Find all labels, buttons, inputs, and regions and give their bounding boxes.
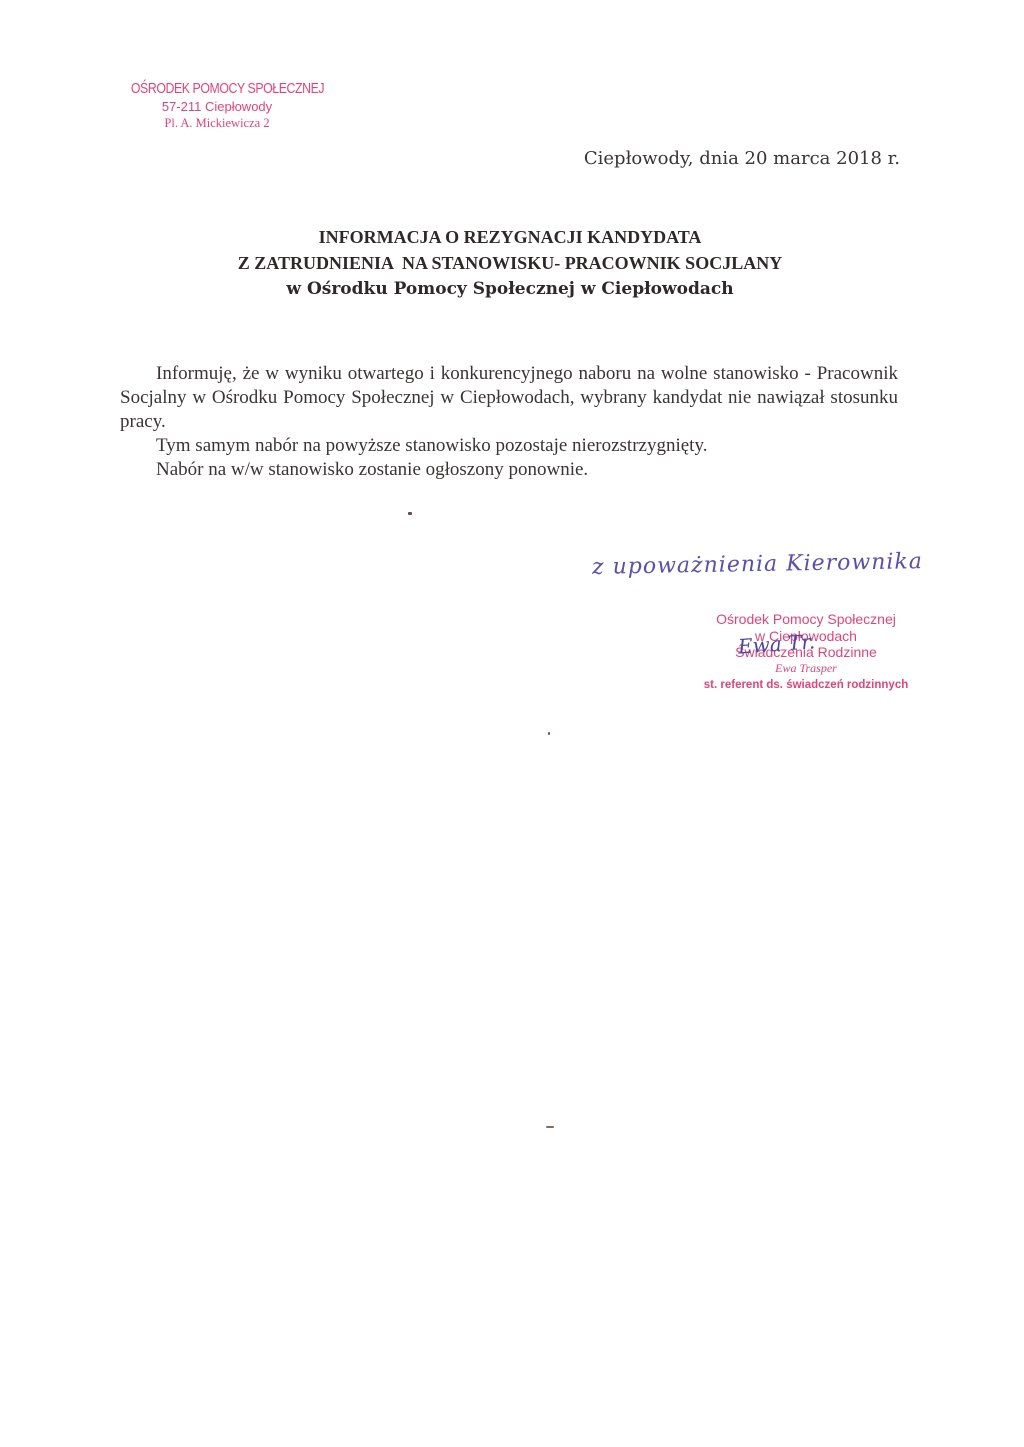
document-date: Ciepłowody, dnia 20 marca 2018 r. bbox=[584, 148, 900, 169]
scan-speck bbox=[548, 732, 550, 735]
handwritten-authorization-note: z upoważnienia Kierownika bbox=[592, 549, 923, 580]
body-paragraph-next-step: Nabór na w/w stanowisko zostanie ogłoszo… bbox=[120, 458, 898, 482]
stamp-person-position: st. referent ds. świadczeń rodzinnych bbox=[700, 676, 912, 694]
institution-stamp: OŚRODEK POMOCY SPOŁECZNEJ 57-211 Ciepłow… bbox=[112, 80, 322, 131]
stamp-person-name: Ewa Trasper bbox=[700, 660, 912, 676]
body-paragraph-main: Informuję, że w wyniku otwartego i konku… bbox=[120, 362, 898, 434]
body-paragraph-result: Tym samym nabór na powyższe stanowisko p… bbox=[120, 434, 898, 458]
stamp-postal-city: 57-211 Ciepłowody bbox=[112, 99, 322, 114]
stamp-street-address: Pl. A. Mickiewicza 2 bbox=[112, 116, 322, 131]
stamp-institution-name: OŚRODEK POMOCY SPOŁECZNEJ bbox=[131, 80, 303, 97]
document-title: INFORMACJA O REZYGNACJI KANDYDATA Z ZATR… bbox=[0, 224, 1020, 302]
scan-speck bbox=[546, 1126, 554, 1128]
scan-speck bbox=[408, 512, 412, 515]
title-line-2: Z ZATRUDNIENIA NA STANOWISKU- PRACOWNIK … bbox=[0, 250, 1020, 276]
stamp-office-name: Ośrodek Pomocy Społecznej bbox=[700, 611, 912, 628]
document-body: Informuję, że w wyniku otwartego i konku… bbox=[120, 362, 898, 482]
title-line-1: INFORMACJA O REZYGNACJI KANDYDATA bbox=[0, 224, 1020, 250]
title-line-3: w Ośrodku Pomocy Społecznej w Ciepłowoda… bbox=[0, 276, 1020, 302]
